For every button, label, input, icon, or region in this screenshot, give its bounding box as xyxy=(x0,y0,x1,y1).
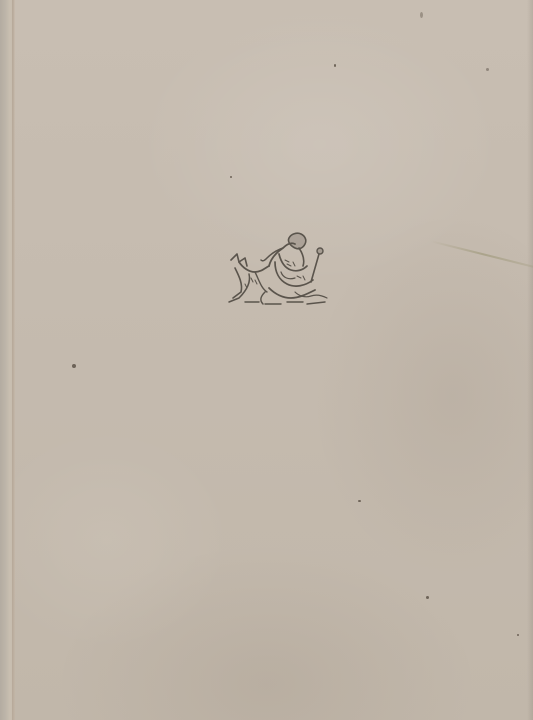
paper-speck xyxy=(517,634,519,636)
paper-speck xyxy=(486,68,489,71)
paper-speck xyxy=(358,500,361,502)
paper-speck xyxy=(420,12,423,18)
engraving-vignette-icon xyxy=(225,232,329,308)
book-cover xyxy=(0,0,533,720)
paper-speck xyxy=(334,64,336,67)
paper-speck xyxy=(230,176,232,178)
paper-crease xyxy=(430,240,533,269)
right-edge-shadow xyxy=(527,0,533,720)
hinge-line xyxy=(12,0,15,720)
paper-speck xyxy=(426,596,429,599)
paper-speck xyxy=(72,364,76,368)
